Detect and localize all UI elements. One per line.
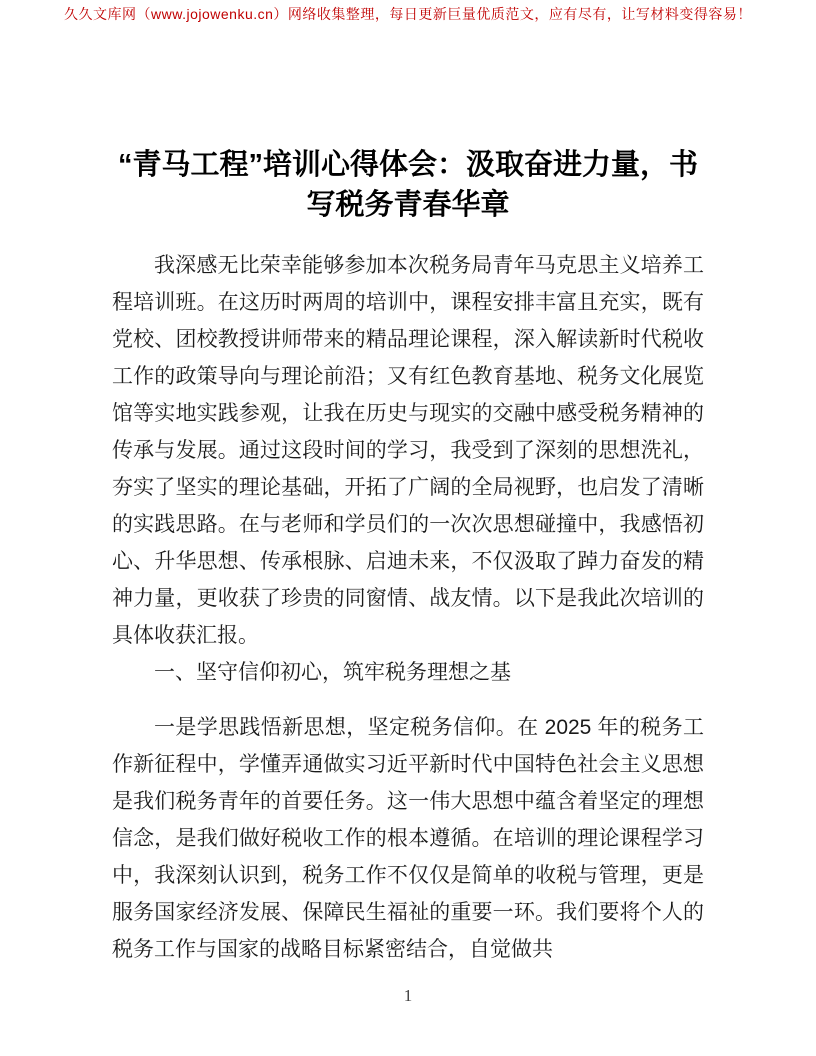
page-number: 1 (404, 986, 413, 1005)
document-title: “青马工程”培训心得体会：汲取奋进力量，书写税务青春华章 (112, 145, 704, 225)
paragraph-intro: 我深感无比荣幸能够参加本次税务局青年马克思主义培养工程培训班。在这历时两周的培训… (112, 247, 704, 654)
page-footer: 1 (0, 986, 816, 1006)
document-content: “青马工程”培训心得体会：汲取奋进力量，书写税务青春华章 我深感无比荣幸能够参加… (112, 0, 704, 968)
document-page: 久久文库网（www.jojowenku.cn）网络收集整理，每日更新巨量优质范文… (0, 0, 816, 1056)
paragraph-section-1: 一是学思践悟新思想，坚定税务信仰。在 2025 年的税务工作新征程中，学懂弄通做… (112, 709, 704, 968)
section-heading-1: 一、坚守信仰初心，筑牢税务理想之基 (112, 654, 704, 691)
